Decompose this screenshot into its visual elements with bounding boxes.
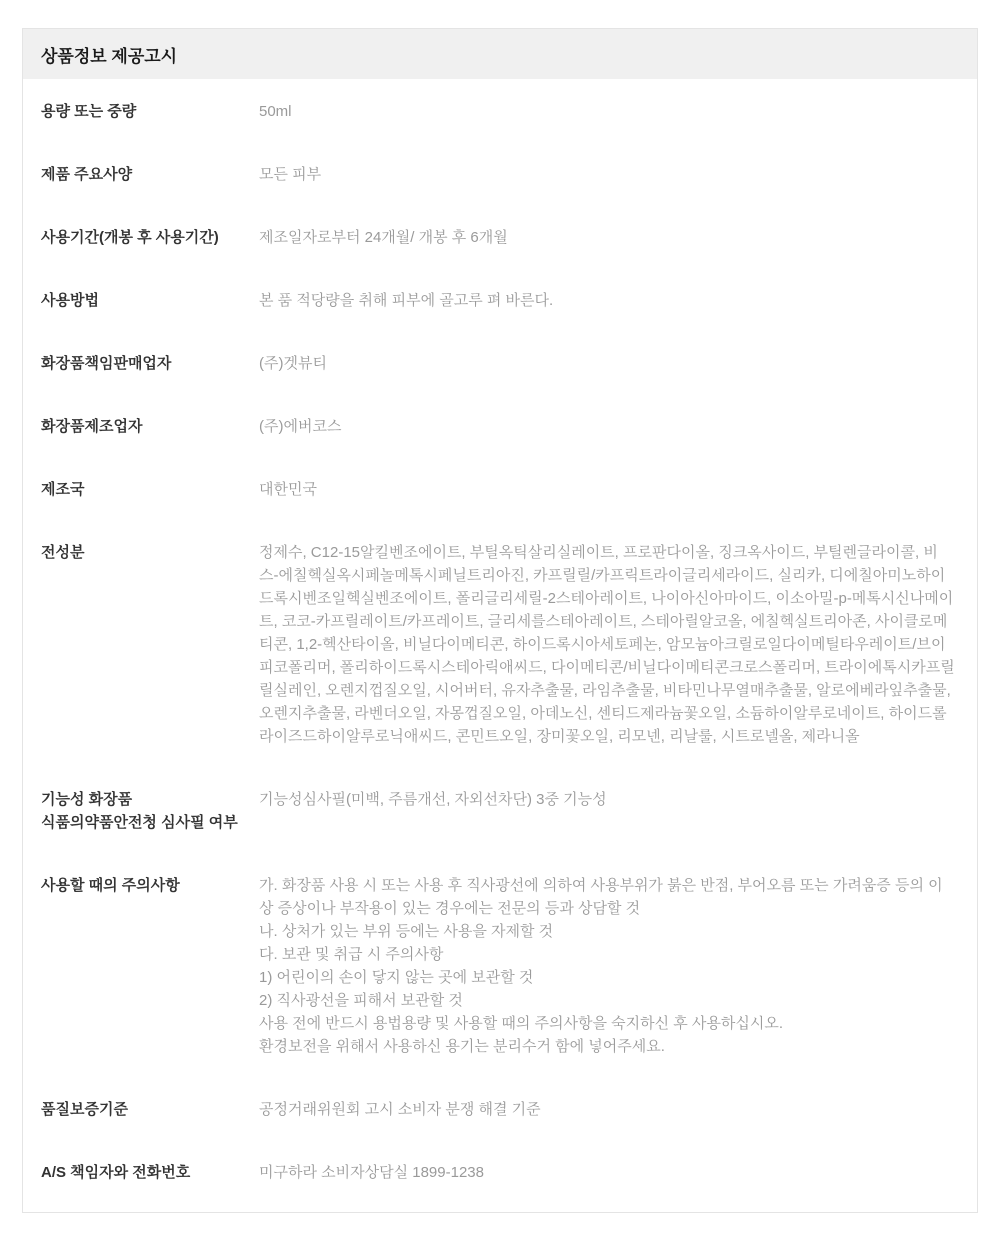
table-row: 품질보증기준 공정거래위원회 고시 소비자 분쟁 해결 기준 [23, 1078, 977, 1141]
row-label: 용량 또는 중량 [41, 100, 259, 123]
table-row: 기능성 화장품 식품의약품안전청 심사필 여부 기능성심사필(미백, 주름개선,… [23, 768, 977, 854]
row-value: 50ml [259, 100, 959, 123]
page-title: 상품정보 제공고시 [41, 42, 177, 67]
table-row: 화장품제조업자 (주)에버코스 [23, 395, 977, 458]
row-label: 사용방법 [41, 289, 259, 312]
row-value: 가. 화장품 사용 시 또는 사용 후 직사광선에 의하여 사용부위가 붉은 반… [259, 874, 959, 1058]
table-row: 전성분 정제수, C12-15알킬벤조에이트, 부틸옥틱살리실레이트, 프로판다… [23, 521, 977, 768]
row-label: 제조국 [41, 478, 259, 501]
row-label: 화장품책임판매업자 [41, 352, 259, 375]
product-info-panel: 상품정보 제공고시 용량 또는 중량 50ml 제품 주요사양 모든 피부 사용… [22, 28, 978, 1213]
table-row: 사용할 때의 주의사항 가. 화장품 사용 시 또는 사용 후 직사광선에 의하… [23, 854, 977, 1078]
info-table: 용량 또는 중량 50ml 제품 주요사양 모든 피부 사용기간(개봉 후 사용… [23, 79, 977, 1212]
row-value: 대한민국 [259, 478, 959, 501]
row-value: 공정거래위원회 고시 소비자 분쟁 해결 기준 [259, 1098, 959, 1121]
table-row: 사용방법 본 품 적당량을 취해 피부에 골고루 펴 바른다. [23, 269, 977, 332]
row-value: 제조일자로부터 24개월/ 개봉 후 6개월 [259, 226, 959, 249]
panel-header: 상품정보 제공고시 [23, 29, 977, 79]
row-value: (주)겟뷰티 [259, 352, 959, 375]
table-row: 제품 주요사양 모든 피부 [23, 143, 977, 206]
row-label: 제품 주요사양 [41, 163, 259, 186]
row-value: (주)에버코스 [259, 415, 959, 438]
table-row: A/S 책임자와 전화번호 미구하라 소비자상담실 1899-1238 [23, 1141, 977, 1204]
row-label: 사용기간(개봉 후 사용기간) [41, 226, 259, 249]
row-value: 본 품 적당량을 취해 피부에 골고루 펴 바른다. [259, 289, 959, 312]
row-label: 화장품제조업자 [41, 415, 259, 438]
row-value: 기능성심사필(미백, 주름개선, 자외선차단) 3중 기능성 [259, 788, 959, 811]
table-row: 제조국 대한민국 [23, 458, 977, 521]
row-value: 정제수, C12-15알킬벤조에이트, 부틸옥틱살리실레이트, 프로판다이올, … [259, 541, 959, 748]
table-row: 용량 또는 중량 50ml [23, 80, 977, 143]
row-label: A/S 책임자와 전화번호 [41, 1161, 259, 1184]
row-label: 사용할 때의 주의사항 [41, 874, 259, 897]
row-label: 기능성 화장품 식품의약품안전청 심사필 여부 [41, 788, 259, 834]
row-label: 전성분 [41, 541, 259, 564]
table-row: 사용기간(개봉 후 사용기간) 제조일자로부터 24개월/ 개봉 후 6개월 [23, 206, 977, 269]
row-value: 미구하라 소비자상담실 1899-1238 [259, 1161, 959, 1184]
table-row: 화장품책임판매업자 (주)겟뷰티 [23, 332, 977, 395]
row-label: 품질보증기준 [41, 1098, 259, 1121]
row-value: 모든 피부 [259, 163, 959, 186]
